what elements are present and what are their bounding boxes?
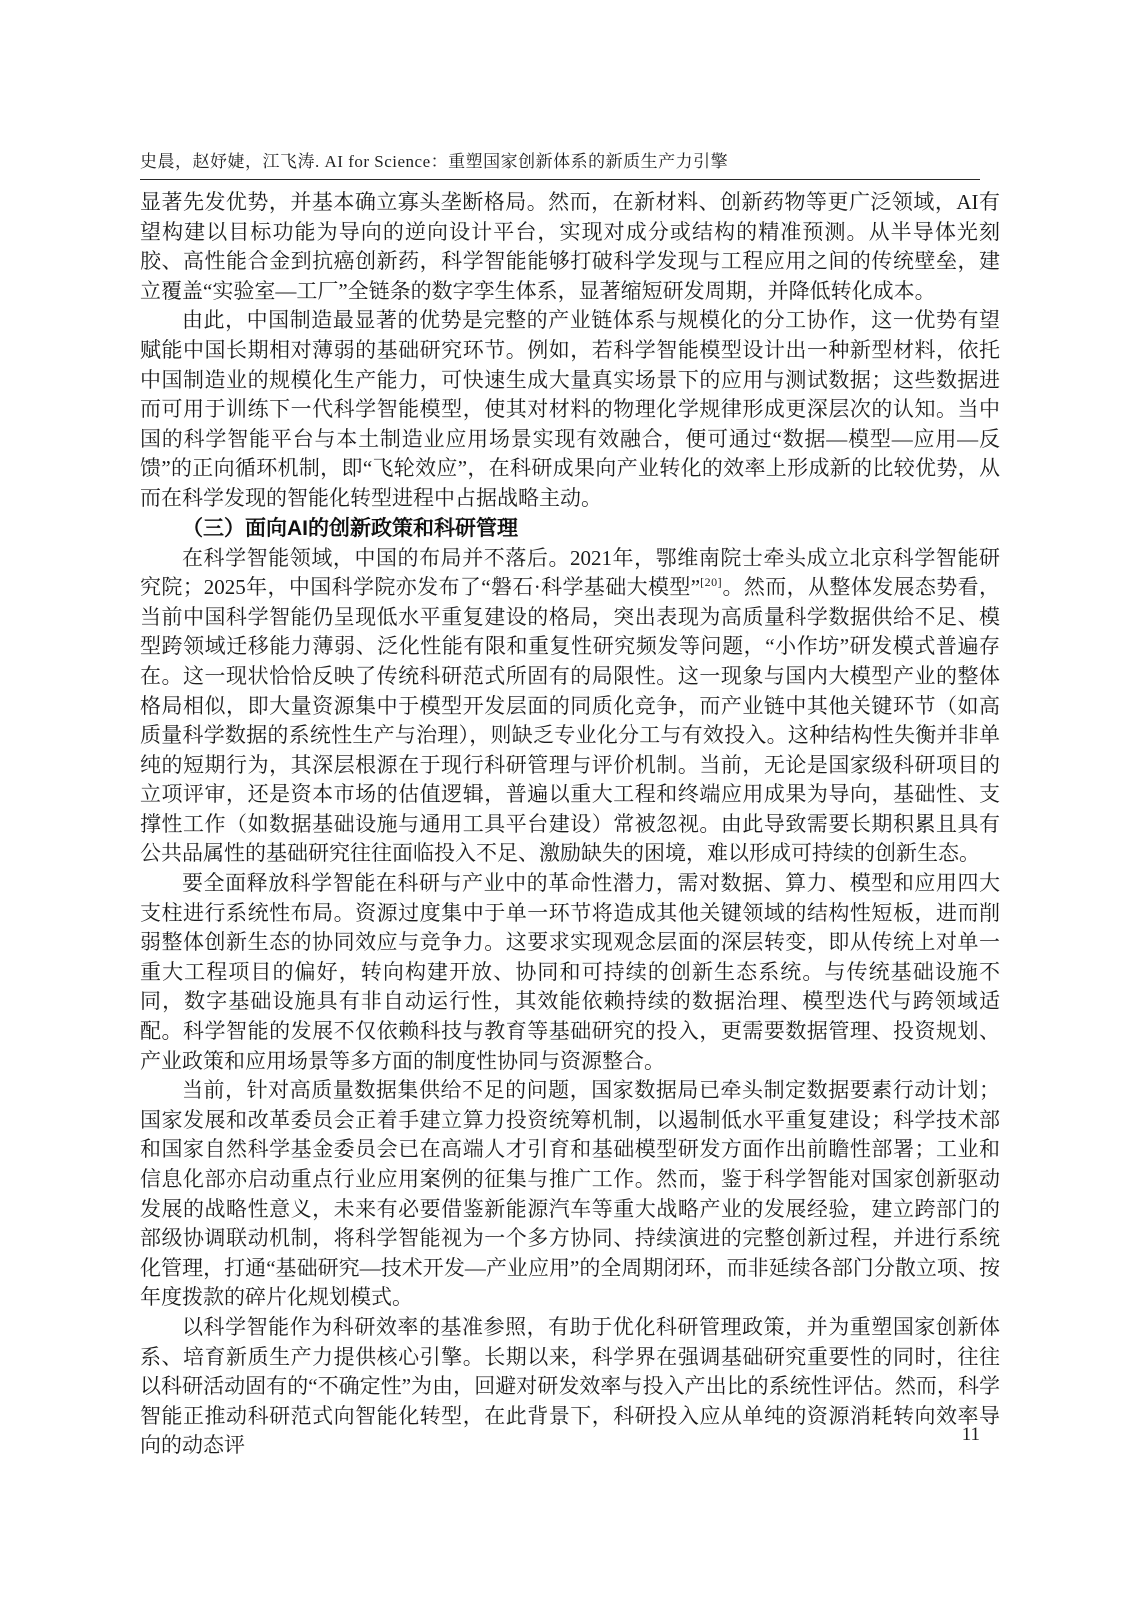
header-rule: [140, 179, 980, 180]
paragraph: 由此，中国制造最显著的优势是完整的产业链体系与规模化的分工协作，这一优势有望赋能…: [140, 306, 1000, 513]
citation-marker: [20]: [700, 575, 722, 589]
article-body: 显著先发优势，并基本确立寡头垄断格局。然而，在新材料、创新药物等更广泛领域，AI…: [140, 188, 1000, 1461]
paragraph: 当前，针对高质量数据集供给不足的问题，国家数据局已牵头制定数据要素行动计划；国家…: [140, 1076, 1000, 1313]
running-title: 史晨，赵妤婕，江飞涛. AI for Science：重塑国家创新体系的新质生产…: [140, 147, 1000, 172]
paragraph: 在科学智能领域，中国的布局并不落后。2021年，鄂维南院士牵头成立北京科学智能研…: [140, 544, 1000, 870]
journal-page: 史晨，赵妤婕，江飞涛. AI for Science：重塑国家创新体系的新质生产…: [0, 0, 1140, 1600]
paragraph-text-after-ref: 。然而，从整体发展态势看，当前中国科学智能仍呈现低水平重复建设的格局，突出表现为…: [140, 575, 1000, 865]
paragraph: 要全面释放科学智能在科研与产业中的革命性潜力，需对数据、算力、模型和应用四大支柱…: [140, 869, 1000, 1076]
section-heading: （三）面向AI的创新政策和科研管理: [140, 514, 1000, 544]
page-number: 11: [962, 1424, 980, 1445]
page-footer: 11: [140, 1424, 980, 1446]
running-header: 史晨，赵妤婕，江飞涛. AI for Science：重塑国家创新体系的新质生产…: [140, 147, 1000, 180]
paragraph-continuation: 显著先发优势，并基本确立寡头垄断格局。然而，在新材料、创新药物等更广泛领域，AI…: [140, 188, 1000, 306]
